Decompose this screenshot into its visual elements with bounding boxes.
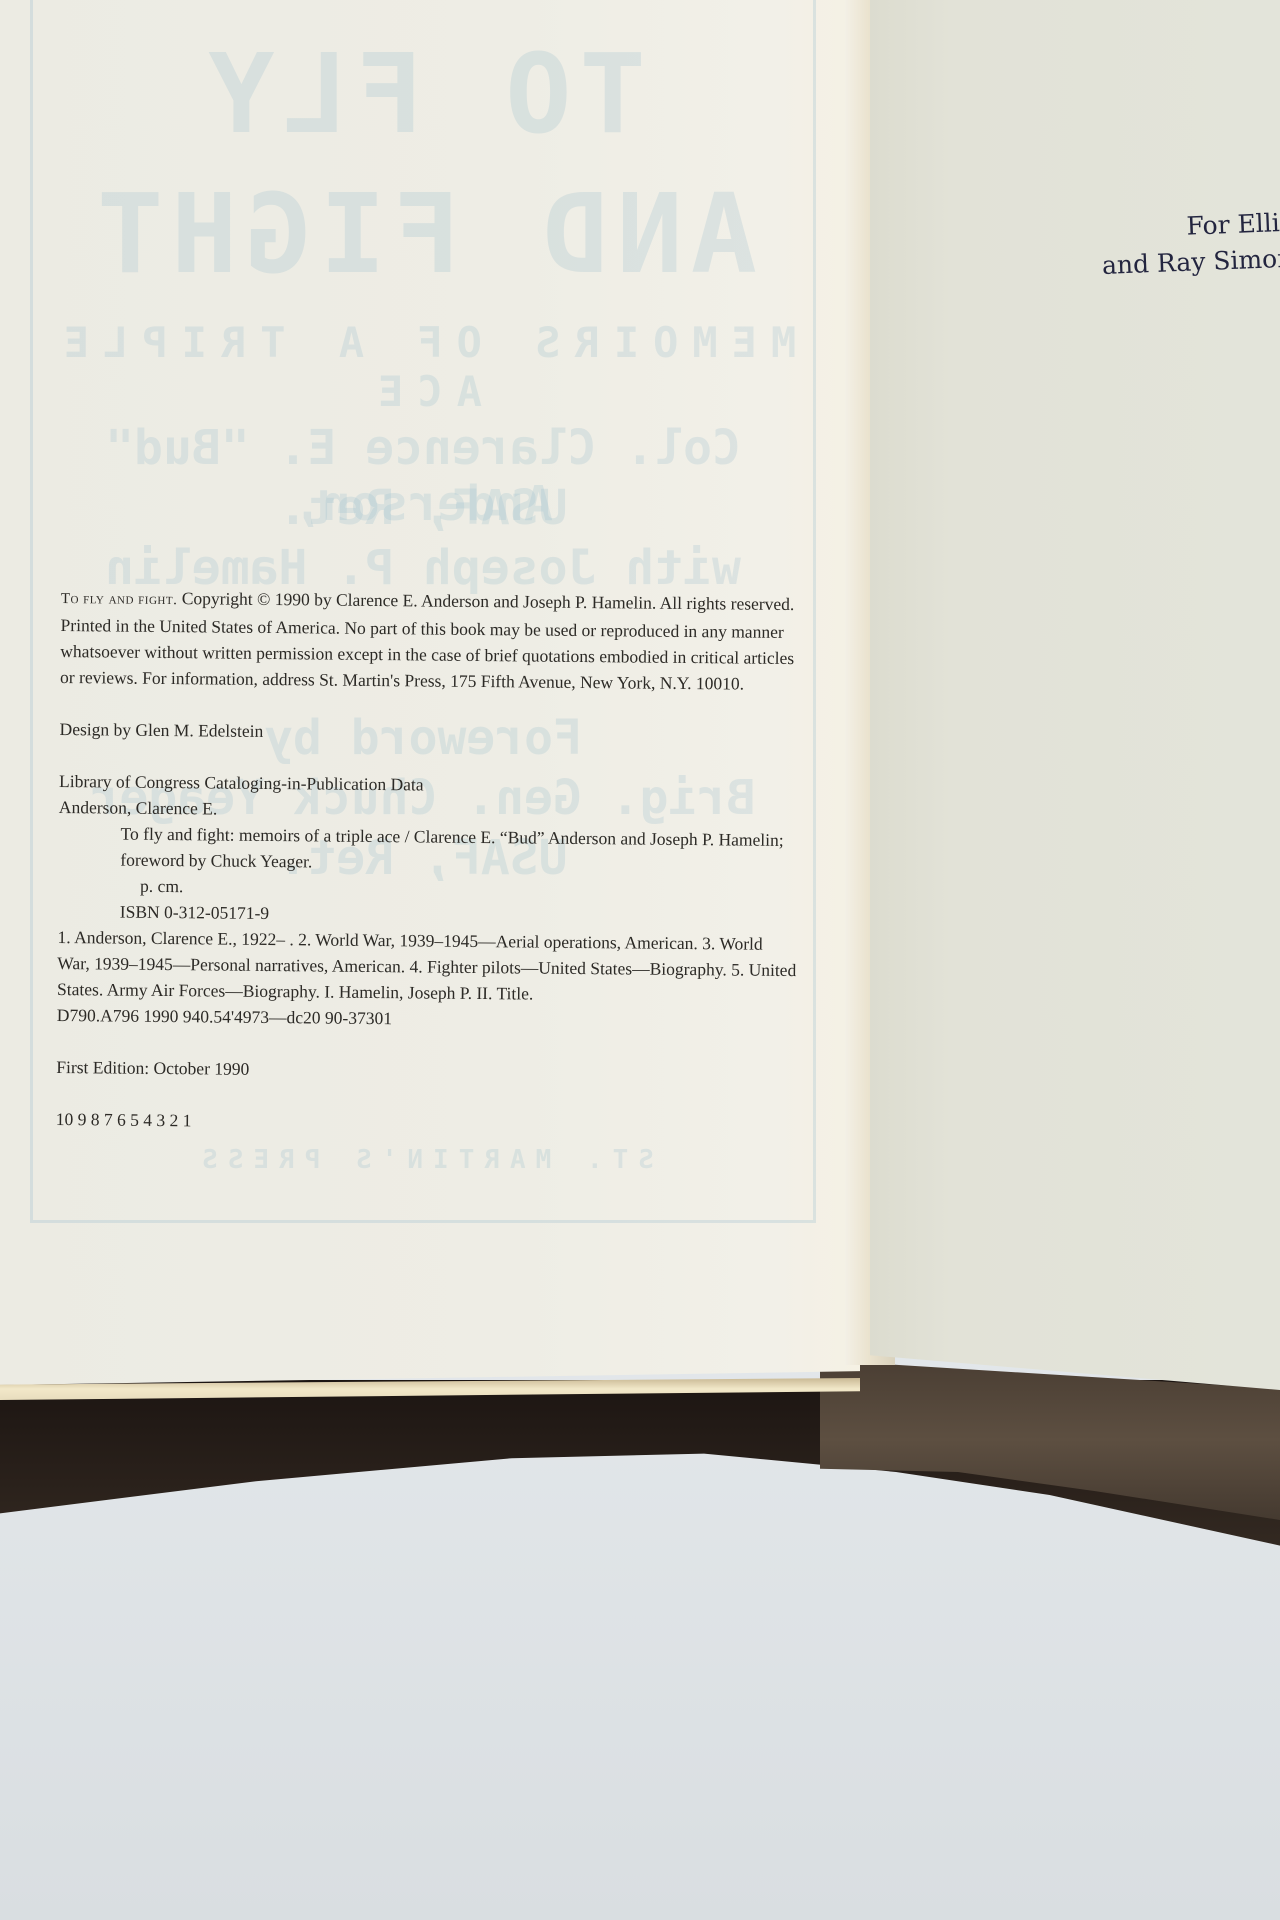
ghost-publisher: ST. MARTIN'S PRESS xyxy=(33,1145,813,1175)
ghost-subtitle: MEMOIRS OF A TRIPLE ACE xyxy=(33,318,813,416)
cip-title: To fly and fight: memoirs of a triple ac… xyxy=(58,820,798,879)
copyright-notice: To fly and fight. Copyright © 1990 by Cl… xyxy=(60,584,801,697)
ghost-title-line1: TO FLY xyxy=(33,30,813,158)
copyright-block: To fly and fight. Copyright © 1990 by Cl… xyxy=(56,584,801,1139)
book-title-small-caps: To fly and fight. xyxy=(61,591,178,608)
dedication-line2: and Ray Simon, xyxy=(1101,240,1280,284)
ghost-title-line2: AND FIGHT xyxy=(33,170,813,298)
photo-scene: TO FLY AND FIGHT MEMOIRS OF A TRIPLE ACE… xyxy=(0,0,1280,1920)
left-page: TO FLY AND FIGHT MEMOIRS OF A TRIPLE ACE… xyxy=(0,0,860,1385)
cip-subjects: 1. Anderson, Clarence E., 1922– . 2. Wor… xyxy=(57,924,798,1009)
dedication: For Elli and Ray Simon, xyxy=(1100,204,1280,284)
ghost-author-line2: USAF, Ret. xyxy=(33,480,813,536)
